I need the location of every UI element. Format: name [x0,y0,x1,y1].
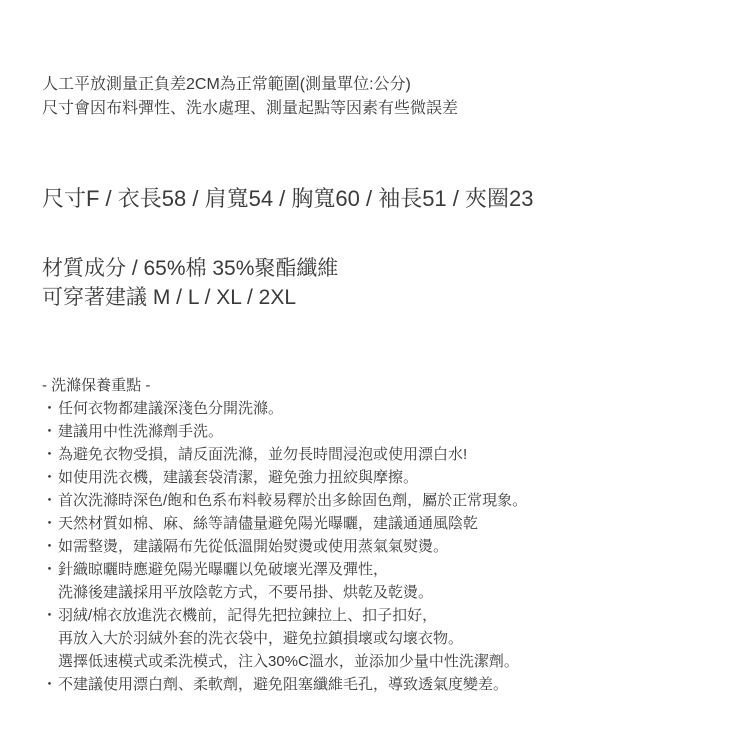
product-description-page: 人工平放測量正負差2CM為正常範圍(測量單位:公分) 尺寸會因布料彈性、洗水處理… [0,0,750,750]
care-instruction-item: ・首次洗滌時深色/飽和色系布料較易釋於出多餘固色劑，屬於正常現象。 [42,489,710,512]
care-instruction-item: ・天然材質如棉、麻、絲等請儘量避免陽光曝曬，建議通通風陰乾 [42,512,710,535]
bullet-dot: ・ [42,558,58,581]
material-composition: 材質成分 / 65%棉 35%聚酯纖維 [42,254,710,283]
care-instructions-list: ・任何衣物都建議深淺色分開洗滌。・建議用中性洗滌劑手洗。・為避免衣物受損，請反面… [42,397,710,696]
bullet-dot: ・ [42,604,58,627]
care-instruction-text: 為避免衣物受損，請反面洗滌，並勿長時間浸泡或使用漂白水! [58,446,467,463]
care-instruction-text: 洗滌後建議採用平放陰乾方式，不要吊掛、烘乾及乾燙。 [58,584,433,601]
care-instruction-text: 不建議使用漂白劑、柔軟劑，避免阻塞纖維毛孔，導致透氣度變差。 [58,676,508,693]
care-instruction-item: ・建議用中性洗滌劑手洗。 [42,420,710,443]
measurement-note: 人工平放測量正負差2CM為正常範圍(測量單位:公分) 尺寸會因布料彈性、洗水處理… [42,73,710,121]
bullet-dot: ・ [42,466,58,489]
care-instruction-item: ・羽絨/棉衣放進洗衣機前，記得先把拉鍊拉上、扣子扣好， [42,604,710,627]
care-section: - 洗滌保養重點 - ・任何衣物都建議深淺色分開洗滌。・建議用中性洗滌劑手洗。・… [42,374,710,696]
care-instruction-item: 洗滌後建議採用平放陰乾方式，不要吊掛、烘乾及乾燙。 [42,581,710,604]
care-instruction-text: 天然材質如棉、麻、絲等請儘量避免陽光曝曬，建議通通風陰乾 [58,515,478,532]
care-instruction-text: 羽絨/棉衣放進洗衣機前，記得先把拉鍊拉上、扣子扣好， [58,607,437,624]
care-instruction-text: 選擇低速模式或柔洗模式，注入30%C溫水，並添加少量中性洗潔劑。 [58,653,519,670]
care-instruction-text: 針織晾曬時應避免陽光曝曬以免破壞光澤及彈性， [58,561,388,578]
measurement-note-line-1: 人工平放測量正負差2CM為正常範圍(測量單位:公分) [42,73,710,97]
care-instruction-item: ・如需整燙，建議隔布先從低溫開始熨燙或使用蒸氣氣熨燙。 [42,535,710,558]
care-instruction-item: ・如使用洗衣機，建議套袋清潔，避免強力扭絞與摩擦。 [42,466,710,489]
bullet-dot: ・ [42,443,58,466]
care-section-heading: - 洗滌保養重點 - [42,374,710,397]
care-instruction-text: 如使用洗衣機，建議套袋清潔，避免強力扭絞與摩擦。 [58,469,418,486]
size-measurements: 尺寸F / 衣長58 / 肩寬54 / 胸寬60 / 袖長51 / 夾圈23 [42,184,710,214]
care-instruction-text: 如需整燙，建議隔布先從低溫開始熨燙或使用蒸氣氣熨燙。 [58,538,448,555]
care-instruction-text: 再放入大於羽絨外套的洗衣袋中，避免拉鎮損壞或勾壞衣物。 [58,630,463,647]
bullet-dot: ・ [42,535,58,558]
bullet-dot: ・ [42,489,58,512]
bullet-dot: ・ [42,397,58,420]
bullet-dot: ・ [42,673,58,696]
care-instruction-text: 建議用中性洗滌劑手洗。 [58,423,223,440]
care-instruction-item: ・為避免衣物受損，請反面洗滌，並勿長時間浸泡或使用漂白水! [42,443,710,466]
care-instruction-item: 再放入大於羽絨外套的洗衣袋中，避免拉鎮損壞或勾壞衣物。 [42,627,710,650]
care-instruction-item: ・任何衣物都建議深淺色分開洗滌。 [42,397,710,420]
care-instruction-item: 選擇低速模式或柔洗模式，注入30%C溫水，並添加少量中性洗潔劑。 [42,650,710,673]
care-instruction-item: ・不建議使用漂白劑、柔軟劑，避免阻塞纖維毛孔，導致透氣度變差。 [42,673,710,696]
product-specs: 材質成分 / 65%棉 35%聚酯纖維 可穿著建議 M / L / XL / 2… [42,254,710,312]
measurement-note-line-2: 尺寸會因布料彈性、洗水處理、測量起點等因素有些微誤差 [42,97,710,121]
care-instruction-item: ・針織晾曬時應避免陽光曝曬以免破壞光澤及彈性， [42,558,710,581]
size-recommendation: 可穿著建議 M / L / XL / 2XL [42,283,710,312]
care-instruction-text: 首次洗滌時深色/飽和色系布料較易釋於出多餘固色劑，屬於正常現象。 [58,492,527,509]
bullet-dot: ・ [42,420,58,443]
bullet-dot: ・ [42,512,58,535]
care-instruction-text: 任何衣物都建議深淺色分開洗滌。 [58,400,283,417]
